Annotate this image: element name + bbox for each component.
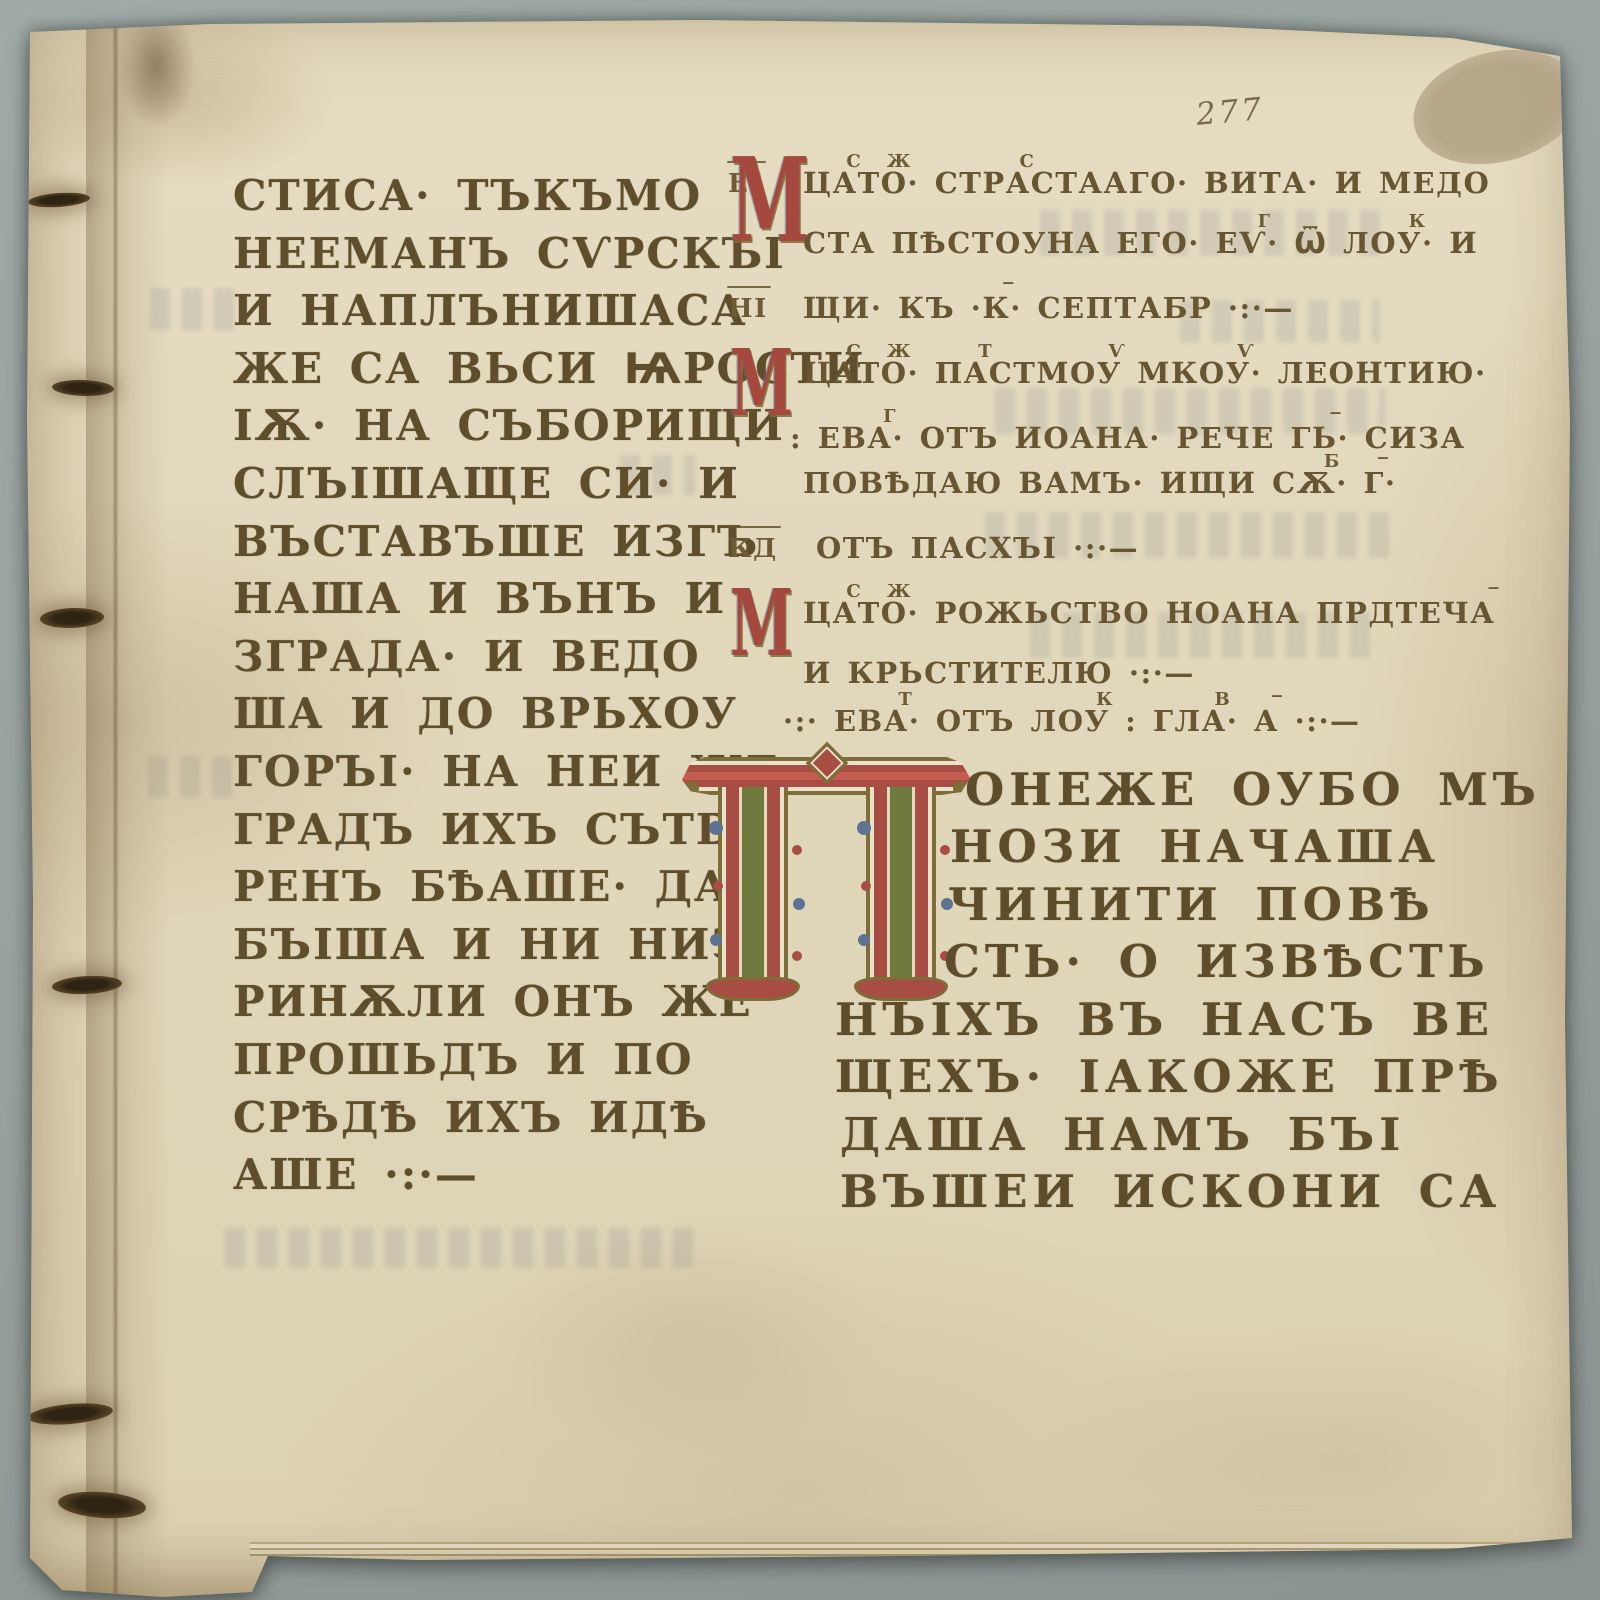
text-line: ВЪСТАВЪШЕ ИЗГЪ bbox=[233, 516, 723, 574]
text-line: СРѢДѢ ИХЪ ИДѢ bbox=[233, 1092, 723, 1150]
rubric-text: · И bbox=[1422, 226, 1478, 260]
ghost-showthrough bbox=[225, 1228, 695, 1268]
ornamental-initial-p: П bbox=[690, 757, 962, 1005]
rubric-segment: ЦАС bbox=[803, 356, 858, 390]
text-line: НЕЕМАНЪ СѴРСКЪІ bbox=[233, 228, 723, 286]
rubric-line: МЦАСТОЖ· ПАТСТМОУѴ МКОУѴ· ЛЕОНТИЮ· bbox=[728, 356, 1428, 416]
text-line: ПРОШЬДЪ И ПО bbox=[233, 1034, 723, 1092]
rubric-segment: · И bbox=[1422, 226, 1478, 260]
text-line: ГОРЪІ· НА НЕИ ЖЕ bbox=[233, 746, 723, 804]
rubric-segment: СТМОУѴ bbox=[989, 356, 1122, 390]
text-line: СЛЪІШАЩЕ СИ· И bbox=[233, 458, 723, 516]
rubric-text: · ЛЕОНТИЮ· bbox=[1251, 356, 1487, 390]
rubric-segment: : ГЛАВ bbox=[1110, 704, 1227, 738]
text-line: НЪІХЪ ВЪ НАСЪ ВЕ bbox=[835, 993, 1494, 1046]
rubric-segment: ЦАС bbox=[803, 166, 858, 200]
rubric-segment: МКОУѴ bbox=[1122, 356, 1251, 390]
rubric-segment: · РОЖЬСТВО НОАНА ПРДТЕЧА‾ bbox=[908, 596, 1496, 630]
rubric-line: ЕІМЦАСТОЖ· СТРАССТААГО· ВИТА· И МЕДО bbox=[728, 166, 1428, 226]
superscript-letter: ‾ bbox=[1488, 583, 1498, 607]
left-text-column: СТИСА· ТЪКЪМОНЕЕМАНЪ СѴРСКЪІИ НАПЛЪНИШАС… bbox=[233, 170, 723, 1207]
rubric-segment: · ОТЪ ИОАНА· РЕЧЕ ГЬ‾ bbox=[893, 421, 1338, 455]
ghost-showthrough bbox=[148, 756, 238, 798]
text-line: ДАША НАМЪ БЪІ bbox=[840, 1108, 1405, 1161]
text-line: ЖЕ СА ВЬСИ ѨРОСТИ bbox=[233, 343, 723, 401]
rubric-segment: ОТЪ ПАСХЪІ ·:·— bbox=[816, 531, 1139, 565]
rubric-segment: ТОЖ bbox=[858, 356, 908, 390]
rubric-segment: : ЕВАГ bbox=[790, 421, 893, 455]
initial-p-right-leg bbox=[866, 787, 936, 987]
rubric-segment: · ЛЕОНТИЮ· bbox=[1251, 356, 1487, 390]
rubric-line: ПОВѢДАЮ ВАМЪ· ИЩИ СѪБ· Г‾· bbox=[728, 466, 1428, 526]
gutter-fold bbox=[86, 0, 170, 1600]
gutter-tear-stain bbox=[118, 24, 196, 128]
text-line: ВЪШЕИ ИСКОНИ СА bbox=[840, 1165, 1501, 1218]
text-line: БЪІША И НИ НИЗЪ bbox=[233, 919, 723, 977]
margin-gloss: НІ bbox=[728, 294, 768, 324]
rubric-segment: · СТРАС bbox=[908, 166, 1031, 200]
rubric-segment: СТААГО· ВИТА· И МЕДО bbox=[1031, 166, 1490, 200]
rubric-line: НІЩИ· КЪ ·К‾· СЕПТАБР ·:·— bbox=[728, 291, 1428, 351]
text-line: ЧИНИТИ ПОВѢ bbox=[948, 878, 1435, 931]
text-line: ГРАДЪ ИХЪ СЪТВО bbox=[233, 804, 723, 862]
rubric-text: ОТЪ ПАСХЪІ ·:·— bbox=[816, 531, 1139, 565]
corner-repair-patch bbox=[1401, 33, 1593, 181]
rubric-line: МЦАСТОЖ· РОЖЬСТВО НОАНА ПРДТЕЧА‾ bbox=[728, 596, 1428, 656]
rubric-segment: ·:·— bbox=[1279, 704, 1361, 738]
rubric-segment: ТОЖ bbox=[858, 166, 908, 200]
text-line: АШЕ ·:·— bbox=[233, 1149, 723, 1207]
text-line: ІѪ· НА СЪБОРИЩИ bbox=[233, 400, 723, 458]
rubric-segment: · ПАТ bbox=[908, 356, 989, 390]
manuscript-scan: 277 СТИСА· ТЪКЪМОНЕЕМАНЪ СѴРСКЪІИ НАПЛЪН… bbox=[0, 0, 1600, 1600]
rubric-text: ·:· ЕВА bbox=[783, 704, 909, 738]
rubric-segment: ПОВѢДАЮ ВАМЪ· ИЩИ СѪБ bbox=[803, 466, 1336, 500]
decorated-initial-m: М bbox=[730, 584, 793, 662]
rubric-line: КДОТЪ ПАСХЪІ ·:·— bbox=[728, 531, 1428, 591]
parchment-page: 277 СТИСА· ТЪКЪМОНЕЕМАНЪ СѴРСКЪІИ НАПЛЪН… bbox=[0, 0, 1600, 1600]
rubric-text: · РОЖЬСТВО НОАНА ПРДТЕЧА bbox=[908, 596, 1496, 630]
rubric-segment: ТОЖ bbox=[858, 596, 908, 630]
rubric-segment: · bbox=[1385, 466, 1397, 500]
scan-backdrop: 277 СТИСА· ТЪКЪМОНЕЕМАНЪ СѴРСКЪІИ НАПЛЪН… bbox=[0, 0, 1600, 1600]
rubric-text: · СЕПТАБР ·:·— bbox=[1010, 291, 1294, 325]
rubric-segment: СТА ПѢСТОУНА ЕГО· ЕѴГ bbox=[803, 226, 1267, 260]
lection-block: П ОНЕЖЕ ОУБО МЪНОЗИ НАЧАШАЧИНИТИ ПОВѢСТЬ… bbox=[690, 755, 1430, 1245]
rubric-segment: · А‾ bbox=[1227, 704, 1279, 738]
rubric-text: · ОТЪ ЛОУ bbox=[909, 704, 1110, 738]
rubric-segment: · СЕПТАБР ·:·— bbox=[1010, 291, 1294, 325]
text-line: НАША И ВЪНЪ И bbox=[233, 573, 723, 631]
rubric-line: СТА ПѢСТОУНА ЕГО· ЕѴГ· Ѿ ЛОУК· И bbox=[728, 226, 1428, 286]
rubric-segment: ·:· ЕВАТ bbox=[783, 704, 909, 738]
text-line: РИНѪЛИ ОНЪ ЖЕ bbox=[233, 976, 723, 1034]
rubric-block: ЕІМЦАСТОЖ· СТРАССТААГО· ВИТА· И МЕДОСТА … bbox=[728, 0, 1428, 760]
rubric-text: СТААГО· ВИТА· И МЕДО bbox=[1031, 166, 1490, 200]
rubric-text: И КРЬСТИТЕЛЮ ·:·— bbox=[803, 656, 1195, 690]
text-line: ЩЕХЪ· ІАКОЖЕ ПРѢ bbox=[835, 1050, 1504, 1103]
rubric-text: МКОУ bbox=[1122, 356, 1251, 390]
leaf-edges bbox=[250, 1538, 1572, 1560]
rubric-segment: · СИЗА bbox=[1337, 421, 1465, 455]
sewing-slit bbox=[28, 191, 91, 209]
rubric-segment: И КРЬСТИТЕЛЮ ·:·— bbox=[803, 656, 1195, 690]
text-line: СТЬ· О ИЗВѢСТЬ bbox=[944, 935, 1490, 988]
rubric-segment: · Г‾ bbox=[1336, 466, 1385, 500]
rubric-text: · bbox=[1385, 466, 1397, 500]
rubric-text: СТМОУ bbox=[989, 356, 1122, 390]
decorated-initial-m: М bbox=[730, 344, 793, 422]
rubric-text: СТА ПѢСТОУНА ЕГО· ЕѴ bbox=[803, 226, 1267, 260]
rubric-text: · ПА bbox=[908, 356, 989, 390]
rubric-text: ·:·— bbox=[1279, 704, 1361, 738]
rubric-text: ПОВѢДАЮ ВАМЪ· ИЩИ СѪ bbox=[803, 466, 1336, 500]
ghost-showthrough bbox=[150, 288, 235, 330]
rubric-segment: · Ѿ ЛОУК bbox=[1267, 226, 1422, 260]
rubric-segment: ЩИ· КЪ ·К‾ bbox=[803, 291, 1010, 325]
text-line: НОЗИ НАЧАША bbox=[950, 820, 1440, 873]
margin-gloss: КД bbox=[728, 534, 778, 564]
rubric-text: · ОТЪ ИОАНА· РЕЧЕ ГЬ bbox=[893, 421, 1338, 455]
rubric-text: ЩИ· КЪ ·К bbox=[803, 291, 1010, 325]
text-line: ОНЕЖЕ ОУБО МЪ bbox=[965, 763, 1541, 816]
rubric-text: · Ѿ ЛОУ bbox=[1267, 226, 1422, 260]
rubric-text: · СИЗА bbox=[1337, 421, 1465, 455]
text-line: ША И ДО ВРЬХОУ bbox=[233, 688, 723, 746]
rubric-text: · СТРА bbox=[908, 166, 1031, 200]
initial-p-left-leg bbox=[718, 787, 788, 987]
rubric-segment: ЦАС bbox=[803, 596, 858, 630]
text-line: СТИСА· ТЪКЪМО bbox=[233, 170, 723, 228]
rubric-text: : ЕВА bbox=[790, 421, 893, 455]
rubric-text: : ГЛА bbox=[1110, 704, 1227, 738]
text-line: И НАПЛЪНИШАСА bbox=[233, 285, 723, 343]
rubric-segment: · ОТЪ ЛОУК bbox=[909, 704, 1110, 738]
text-line: ЗГРАДА· И ВЕДО bbox=[233, 631, 723, 689]
text-line: РЕНЪ БѢАШЕ· ДА bbox=[233, 861, 723, 919]
